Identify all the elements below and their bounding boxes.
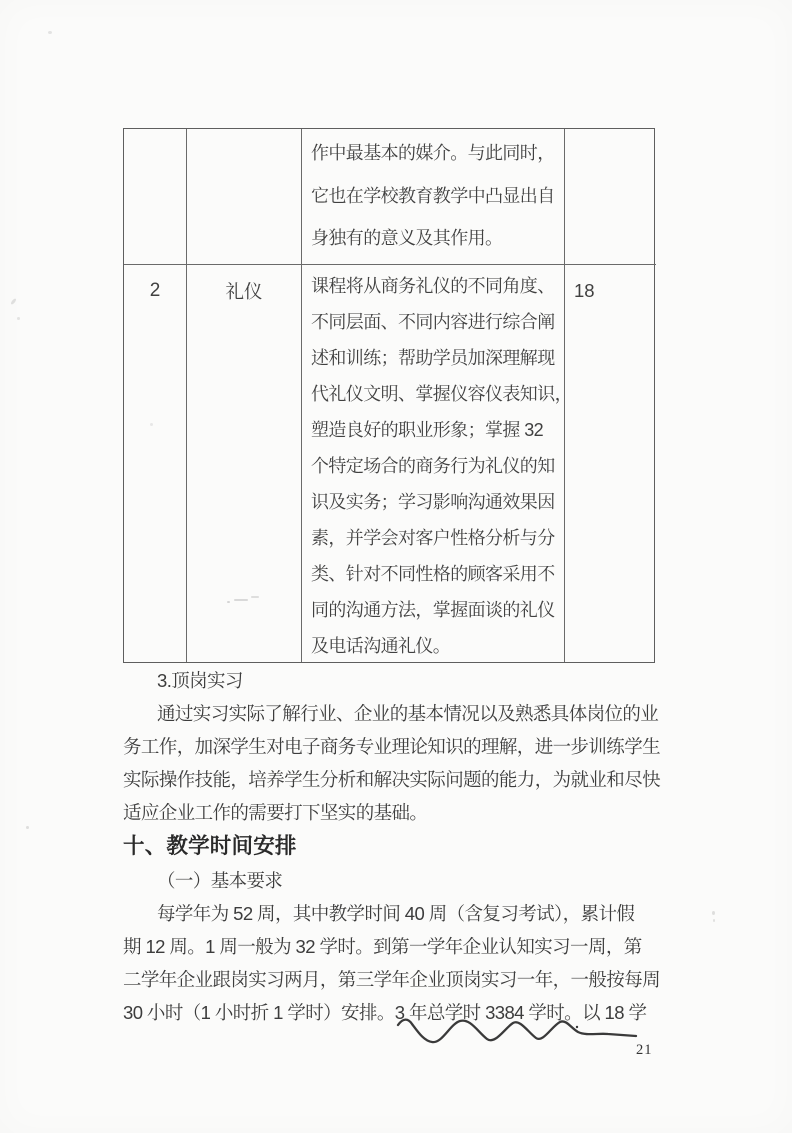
scan-speck [48, 31, 52, 34]
table-cell-row2-name: 礼仪 [187, 265, 302, 662]
table-cell-row1-hours [565, 129, 656, 265]
subsection-heading-basic-requirements: （一）基本要求 [123, 864, 679, 897]
paragraph-internship: 通过实习实际了解行业、企业的基本情况以及熟悉具体岗位的业 务工作，加深学生对电子… [123, 697, 679, 829]
list-item-3-title: 3.顶岗实习 [123, 664, 679, 697]
scan-speck [10, 298, 17, 305]
scan-smudge [227, 601, 230, 603]
table-cell-row1-name [187, 129, 302, 265]
scan-speck [26, 826, 29, 829]
body-text-block: 3.顶岗实习 通过实习实际了解行业、企业的基本情况以及熟悉具体岗位的业 务工作，… [123, 664, 679, 1029]
section-heading-10: 十、教学时间安排 [123, 829, 679, 864]
scan-smudge [234, 599, 248, 601]
scan-speck [712, 911, 715, 915]
course-table: 作中最基本的媒介。与此同时， 它也在学校教育教学中凸显出自 身独有的意义及其作用… [123, 128, 655, 663]
scanned-document-page: 作中最基本的媒介。与此同时， 它也在学校教育教学中凸显出自 身独有的意义及其作用… [0, 0, 792, 1133]
scan-smudge [251, 596, 259, 598]
table-cell-row2-description: 课程将从商务礼仪的不同角度、 不同层面、不同内容进行综合阐 述和训练；帮助学员加… [302, 265, 565, 662]
page-number: 21 [636, 1042, 653, 1059]
scan-speck [713, 919, 715, 922]
paragraph-schedule: 每学年为 52 周，其中教学时间 40 周（含复习考试），累计假 期 12 周。… [123, 897, 679, 1029]
scan-speck [150, 423, 153, 426]
scan-speck [17, 317, 20, 320]
table-cell-row1-description: 作中最基本的媒介。与此同时， 它也在学校教育教学中凸显出自 身独有的意义及其作用… [302, 129, 565, 265]
table-cell-row2-hours: 18 [565, 265, 656, 662]
table-cell-row1-no [124, 129, 187, 265]
table-cell-row2-no: 2 [124, 265, 187, 662]
